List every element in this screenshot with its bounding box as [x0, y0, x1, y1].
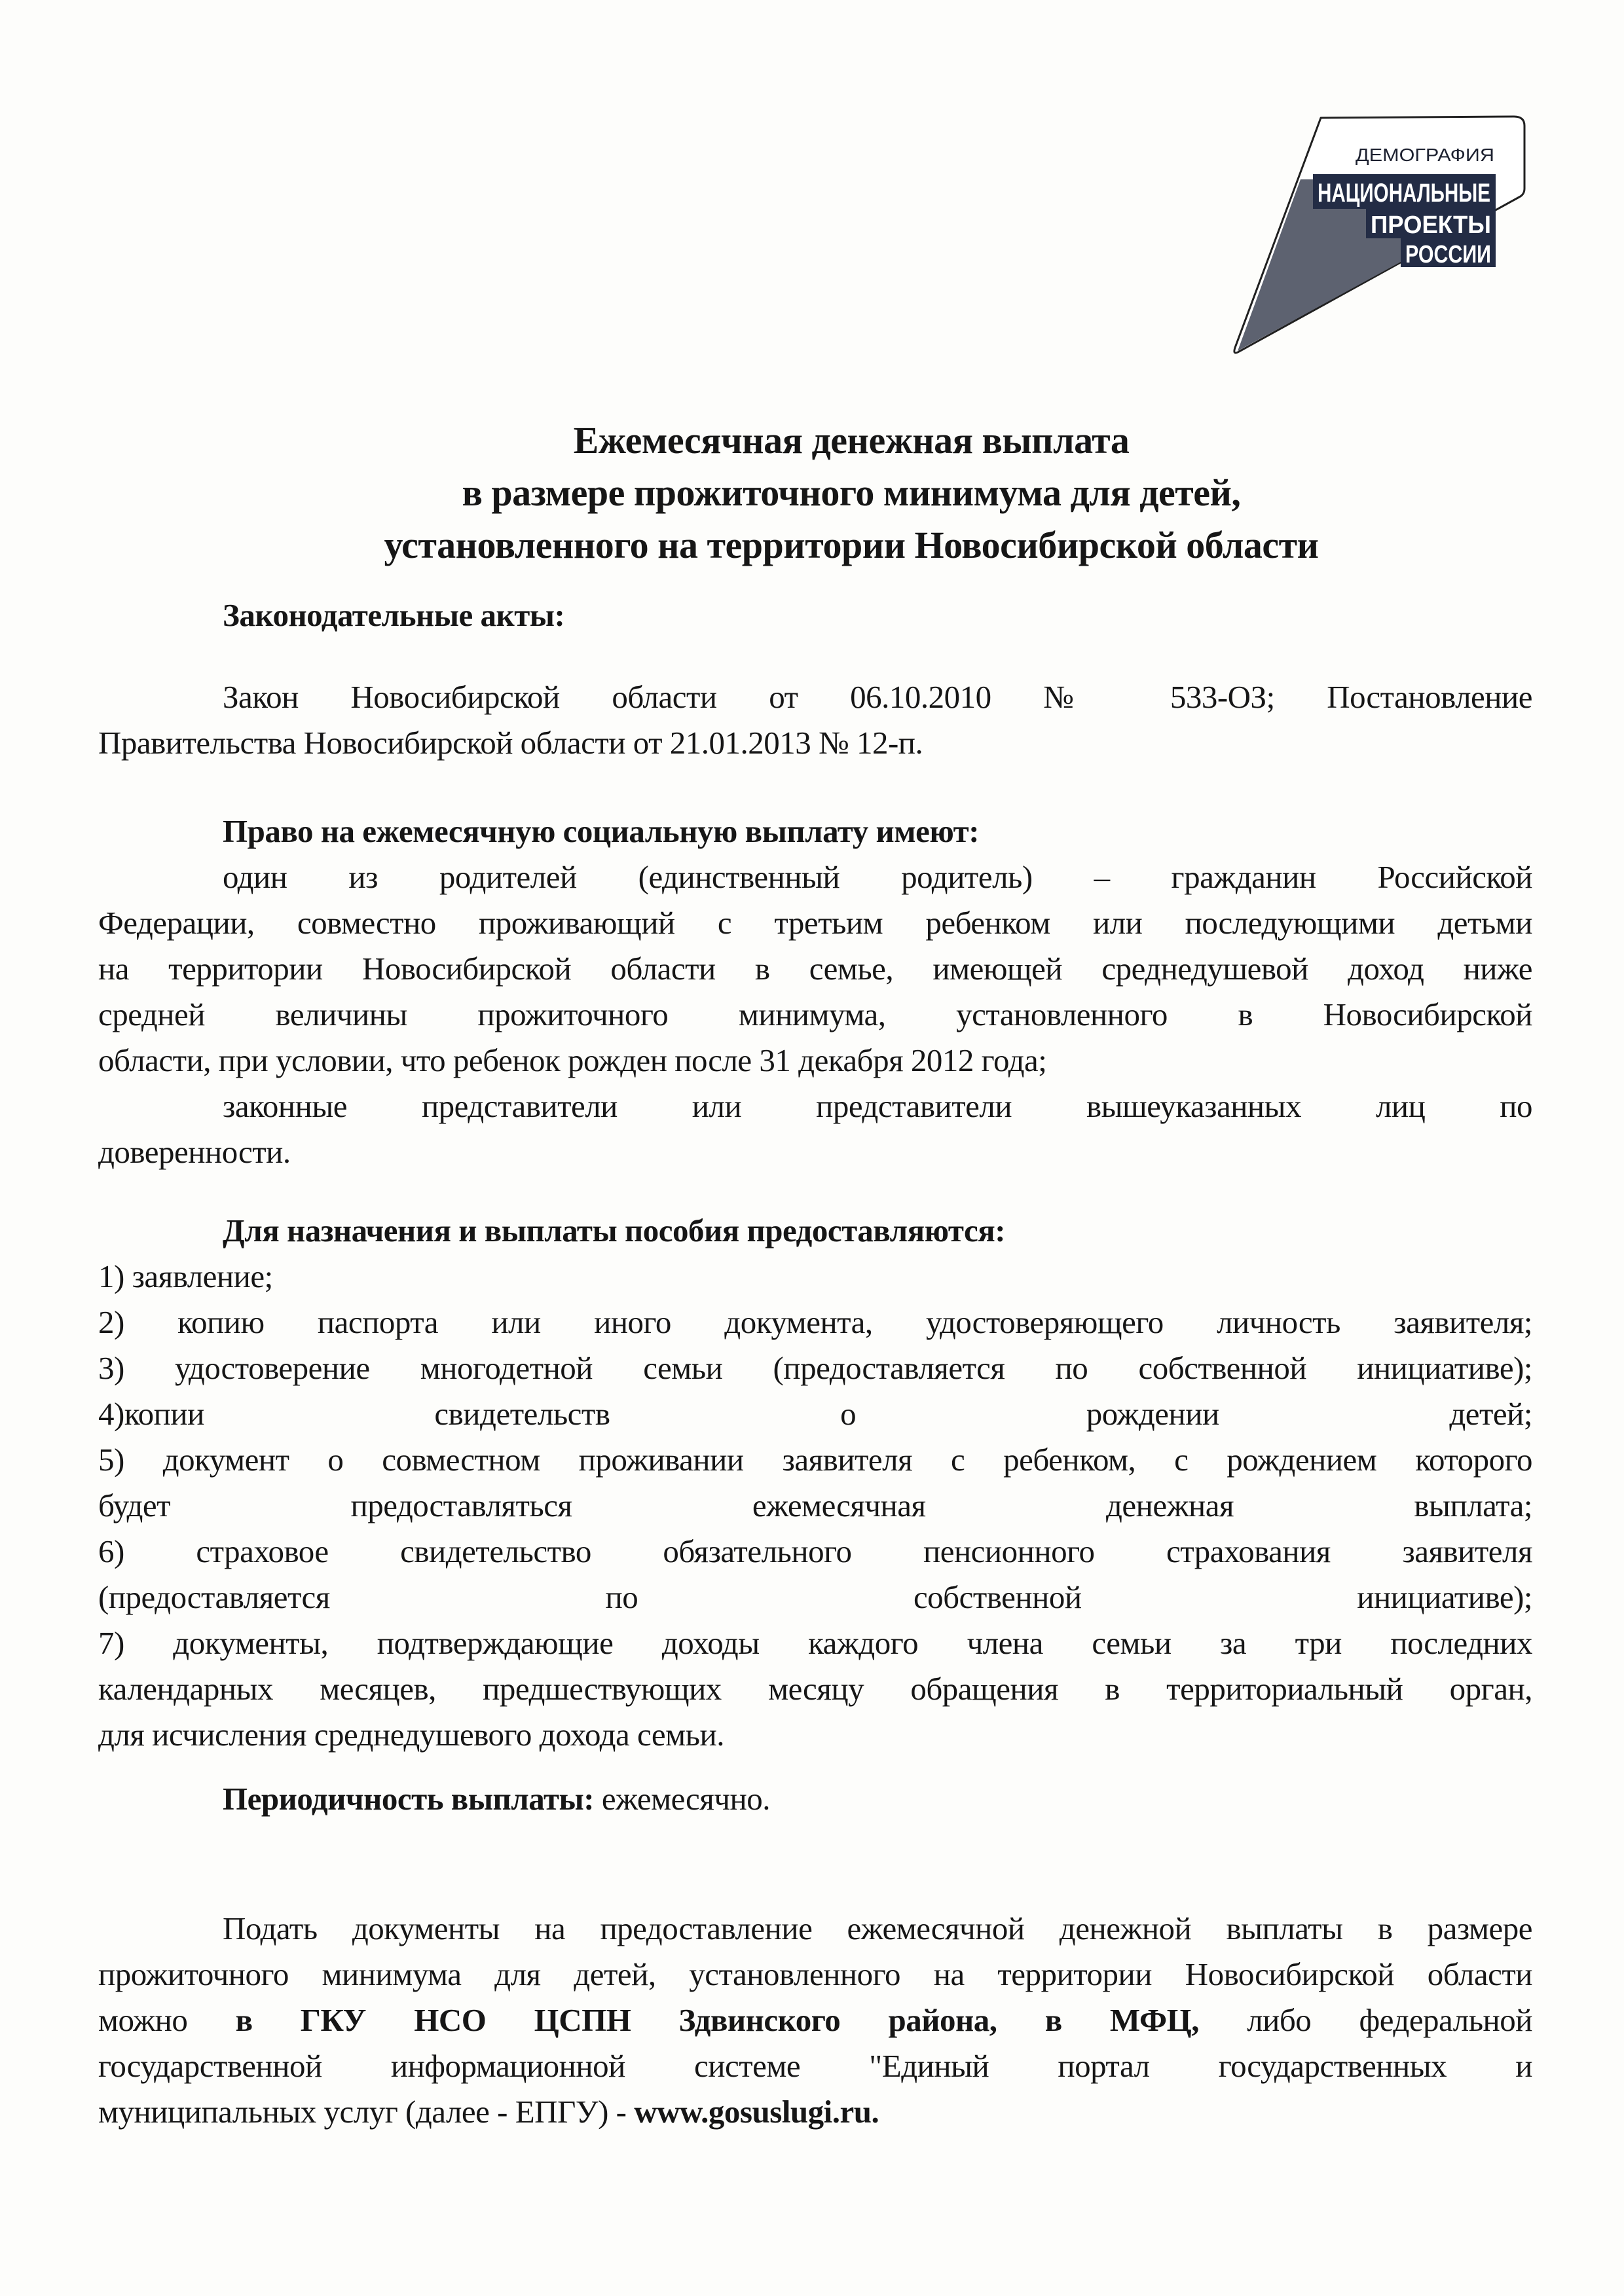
text-segment: либо федеральной — [1199, 2002, 1532, 2038]
title-line: установленного на территории Новосибирск… — [170, 519, 1532, 572]
emphasized-text: www.gosuslugi.ru. — [634, 2094, 879, 2130]
text-line: один из родителей (единственный родитель… — [98, 854, 1532, 900]
text-line: календарных месяцев, предшествующих меся… — [98, 1666, 1532, 1712]
document-body: Ежемесячная денежная выплатав размере пр… — [98, 0, 1532, 2135]
text-segment: муниципальных услуг (далее - ЕПГУ) - — [98, 2094, 634, 2130]
text-line: средней величины прожиточного минимума, … — [98, 992, 1532, 1038]
text-line: на территории Новосибирской области в се… — [98, 946, 1532, 992]
text-line: Подать документы на предоставление ежеме… — [98, 1906, 1532, 1952]
text-line: Закон Новосибирской области от 06.10.201… — [98, 674, 1532, 720]
section-required-documents: Для назначения и выплаты пособия предост… — [98, 1208, 1532, 1758]
text-line: 6) страховое свидетельство обязательного… — [98, 1529, 1532, 1575]
section-periodicity: Периодичность выплаты: ежемесячно. — [98, 1776, 1532, 1822]
text-segment: можно — [98, 2002, 236, 2038]
text-line: муниципальных услуг (далее - ЕПГУ) - www… — [98, 2089, 1532, 2135]
emphasized-text: Периодичность выплаты: — [223, 1781, 594, 1817]
text-line: Федерации, совместно проживающий с треть… — [98, 900, 1532, 946]
text-line: 4)копии свидетельств о рождении детей; — [98, 1391, 1532, 1437]
emphasized-text: в ГКУ НСО ЦСПН Здвинского района, в МФЦ, — [236, 2002, 1199, 2038]
text-line: можно в ГКУ НСО ЦСПН Здвинского района, … — [98, 1997, 1532, 2043]
section-legislative-acts-text: Закон Новосибирской области от 06.10.201… — [98, 674, 1532, 766]
section-heading: Периодичность выплаты: ежемесячно. — [98, 1776, 1532, 1822]
text-line: будет предоставляться ежемесячная денежн… — [98, 1483, 1532, 1529]
text-line: 1) заявление; — [98, 1254, 1532, 1300]
text-line: законные представители или представители… — [98, 1084, 1532, 1129]
text-line: доверенности. — [98, 1129, 1532, 1175]
text-line: (предоставляется по собственной инициати… — [98, 1575, 1532, 1620]
section-eligibility: Право на ежемесячную социальную выплату … — [98, 809, 1532, 1175]
text-line: для исчисления среднедушевого дохода сем… — [98, 1712, 1532, 1758]
text-line: прожиточного минимума для детей, установ… — [98, 1952, 1532, 1997]
text-line: Правительства Новосибирской области от 2… — [98, 720, 1532, 766]
document-title: Ежемесячная денежная выплатав размере пр… — [98, 414, 1532, 572]
text-line: области, при условии, что ребенок рожден… — [98, 1038, 1532, 1084]
text-line: 5) документ о совместном проживании заяв… — [98, 1437, 1532, 1483]
section-legislative-acts-heading: Законодательные акты: — [98, 592, 1532, 638]
text-line: 7) документы, подтверждающие доходы кажд… — [98, 1620, 1532, 1666]
title-line: в размере прожиточного минимума для дете… — [170, 467, 1532, 519]
section-heading: Для назначения и выплаты пособия предост… — [98, 1208, 1532, 1254]
text-segment: ежемесячно. — [594, 1781, 770, 1817]
text-line: государственной информационной системе "… — [98, 2043, 1532, 2089]
text-line: 3) удостоверение многодетной семьи (пред… — [98, 1345, 1532, 1391]
text-line: 2) копию паспорта или иного документа, у… — [98, 1300, 1532, 1345]
document-page: ДЕМОГРАФИЯ НАЦИОНАЛЬНЫЕ ПРОЕКТЫ РОССИИ Е… — [0, 0, 1624, 2296]
section-submission: Подать документы на предоставление ежеме… — [98, 1906, 1532, 2135]
section-heading: Право на ежемесячную социальную выплату … — [98, 809, 1532, 854]
title-line: Ежемесячная денежная выплата — [170, 414, 1532, 467]
section-heading: Законодательные акты: — [98, 592, 1532, 638]
